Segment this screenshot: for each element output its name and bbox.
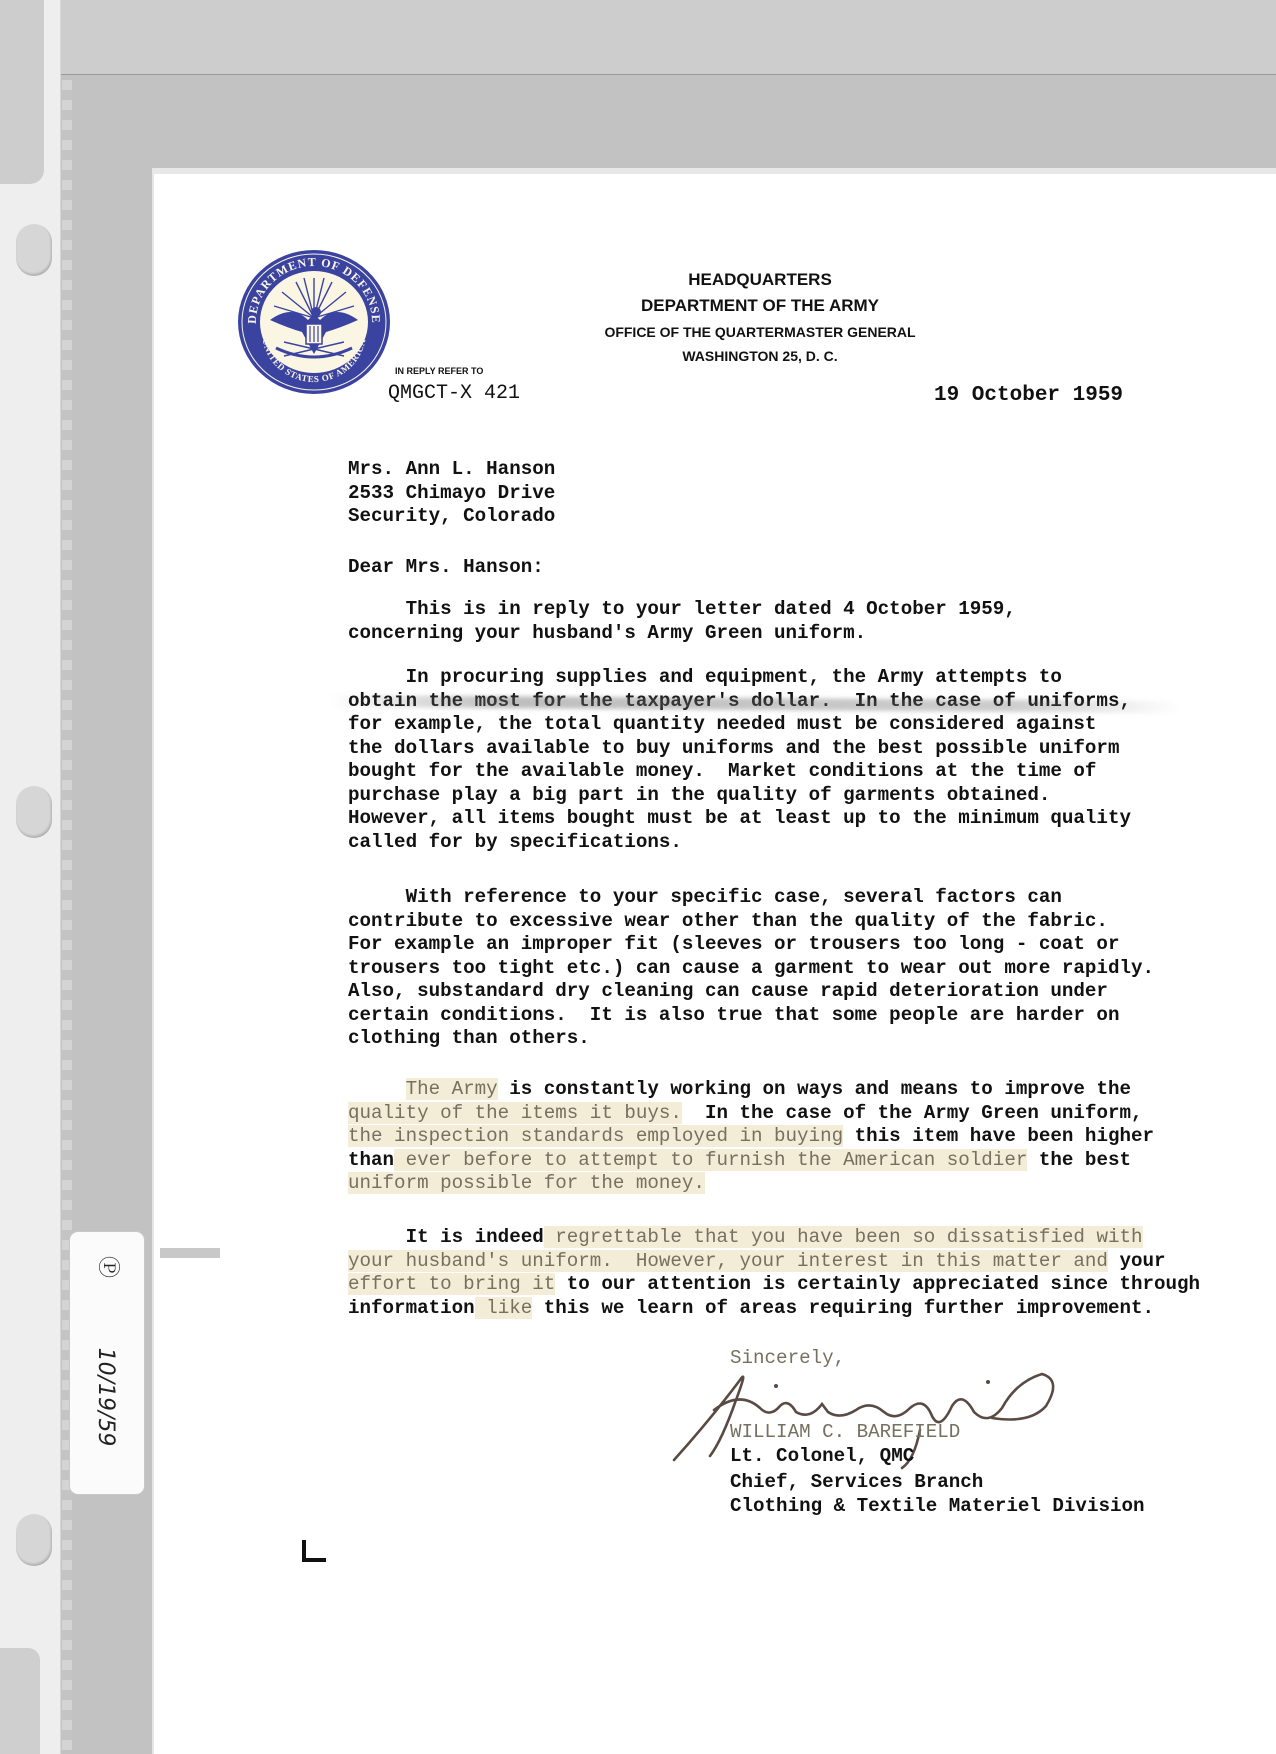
text-line: For example an improper fit (sleeves or … <box>348 933 1154 957</box>
text-line: With reference to your specific case, se… <box>348 886 1154 910</box>
text-segment: It is indeed <box>348 1226 544 1248</box>
text-segment: this item have been higher <box>843 1125 1154 1147</box>
faded-text: uniform possible for the money. <box>348 1172 705 1194</box>
label-date: 10/19/59 <box>90 1322 120 1472</box>
paragraph-2: In procuring supplies and equipment, the… <box>348 666 1131 854</box>
letterhead-line-1: HEADQUARTERS <box>540 270 980 290</box>
reply-refer-label: IN REPLY REFER TO <box>395 366 483 376</box>
reference-number: QMGCT-X 421 <box>388 382 520 405</box>
text-segment: In the case of the Army Green uniform, <box>682 1102 1143 1124</box>
punch-hole <box>16 786 52 838</box>
recipient-name: Mrs. Ann L. Hanson <box>348 458 555 482</box>
paragraph-3: With reference to your specific case, se… <box>348 886 1154 1051</box>
paragraph-4: The Army is constantly working on ways a… <box>348 1078 1154 1196</box>
recipient-city: Security, Colorado <box>348 505 555 529</box>
text-segment: your <box>1108 1250 1166 1272</box>
department-of-defense-seal-icon: DEPARTMENT OF DEFENSE UNITED STATES OF A… <box>236 248 392 396</box>
text-line: called for by specifications. <box>348 831 1131 855</box>
text-line: Also, substandard dry cleaning can cause… <box>348 980 1154 1004</box>
text-segment: is constantly working on ways and means … <box>498 1078 1131 1100</box>
faded-text: ever before to attempt to furnish the Am… <box>394 1149 1027 1171</box>
text-line: the dollars available to buy uniforms an… <box>348 737 1131 761</box>
text-line: information like this we learn of areas … <box>348 1297 1200 1321</box>
punch-hole <box>16 224 52 276</box>
perforation-strip <box>62 80 72 1750</box>
text-line: trousers too tight etc.) can cause a gar… <box>348 957 1154 981</box>
text-line: quality of the items it buys. In the cas… <box>348 1102 1154 1126</box>
text-line: than ever before to attempt to furnish t… <box>348 1149 1154 1173</box>
faded-text: effort to bring it <box>348 1273 555 1295</box>
index-label: Ⓟ 10/19/59 <box>70 1232 144 1494</box>
text-line: uniform possible for the money. <box>348 1172 1154 1196</box>
letterhead-line-3: OFFICE OF THE QUARTERMASTER GENERAL <box>540 324 980 340</box>
signer-position: Chief, Services Branch <box>730 1470 983 1494</box>
text-line: your husband's uniform. However, your in… <box>348 1250 1200 1274</box>
text-line: The Army is constantly working on ways a… <box>348 1078 1154 1102</box>
text-line: However, all items bought must be at lea… <box>348 807 1131 831</box>
salutation: Dear Mrs. Hanson: <box>348 556 544 580</box>
letterhead-line-2: DEPARTMENT OF THE ARMY <box>540 296 980 316</box>
punch-hole <box>16 1514 52 1566</box>
faded-text: your husband's uniform. However, your in… <box>348 1250 1108 1272</box>
corner-mark <box>302 1540 326 1562</box>
text-line: certain conditions. It is also true that… <box>348 1004 1154 1028</box>
text-segment: than <box>348 1149 394 1171</box>
faded-text: The Army <box>406 1078 498 1100</box>
text-segment: the best <box>1027 1149 1131 1171</box>
recipient-address: Mrs. Ann L. Hanson2533 Chimayo DriveSecu… <box>348 458 555 529</box>
signer-name: WILLIAM C. BAREFIELD <box>730 1420 960 1444</box>
label-mark: Ⓟ <box>92 1252 122 1282</box>
text-line: It is indeed regrettable that you have b… <box>348 1226 1200 1250</box>
signer-rank: Lt. Colonel, QMC <box>730 1444 914 1468</box>
text-line: effort to bring it to our attention is c… <box>348 1273 1200 1297</box>
letter-date: 19 October 1959 <box>934 384 1123 407</box>
text-line: contribute to excessive wear other than … <box>348 910 1154 934</box>
text-segment: this we learn of areas requiring further… <box>532 1297 1154 1319</box>
text-line: In procuring supplies and equipment, the… <box>348 666 1131 690</box>
binding-tab-bottom <box>0 1648 40 1754</box>
letterhead-line-4: WASHINGTON 25, D. C. <box>540 348 980 364</box>
text-segment: information <box>348 1297 475 1319</box>
paragraph-1: This is in reply to your letter dated 4 … <box>348 598 1016 645</box>
text-line: purchase play a big part in the quality … <box>348 784 1131 808</box>
signer-division: Clothing & Textile Materiel Division <box>730 1494 1145 1518</box>
faded-text: like <box>475 1297 533 1319</box>
text-segment <box>348 1078 406 1100</box>
text-line: concerning your husband's Army Green uni… <box>348 622 1016 646</box>
text-line: bought for the available money. Market c… <box>348 760 1131 784</box>
text-line: This is in reply to your letter dated 4 … <box>348 598 1016 622</box>
recipient-street: 2533 Chimayo Drive <box>348 482 555 506</box>
scan-smudge <box>160 1248 220 1258</box>
text-line: clothing than others. <box>348 1027 1154 1051</box>
faded-text: regrettable that you have been so dissat… <box>544 1226 1143 1248</box>
binding-tab-top <box>0 0 44 184</box>
paragraph-5: It is indeed regrettable that you have b… <box>348 1226 1200 1320</box>
faded-text: quality of the items it buys. <box>348 1102 682 1124</box>
faded-text: the inspection standards employed in buy… <box>348 1125 843 1147</box>
text-segment: to our attention is certainly appreciate… <box>555 1273 1200 1295</box>
text-line: the inspection standards employed in buy… <box>348 1125 1154 1149</box>
sheet-protector-top <box>0 0 1276 74</box>
text-line: for example, the total quantity needed m… <box>348 713 1131 737</box>
